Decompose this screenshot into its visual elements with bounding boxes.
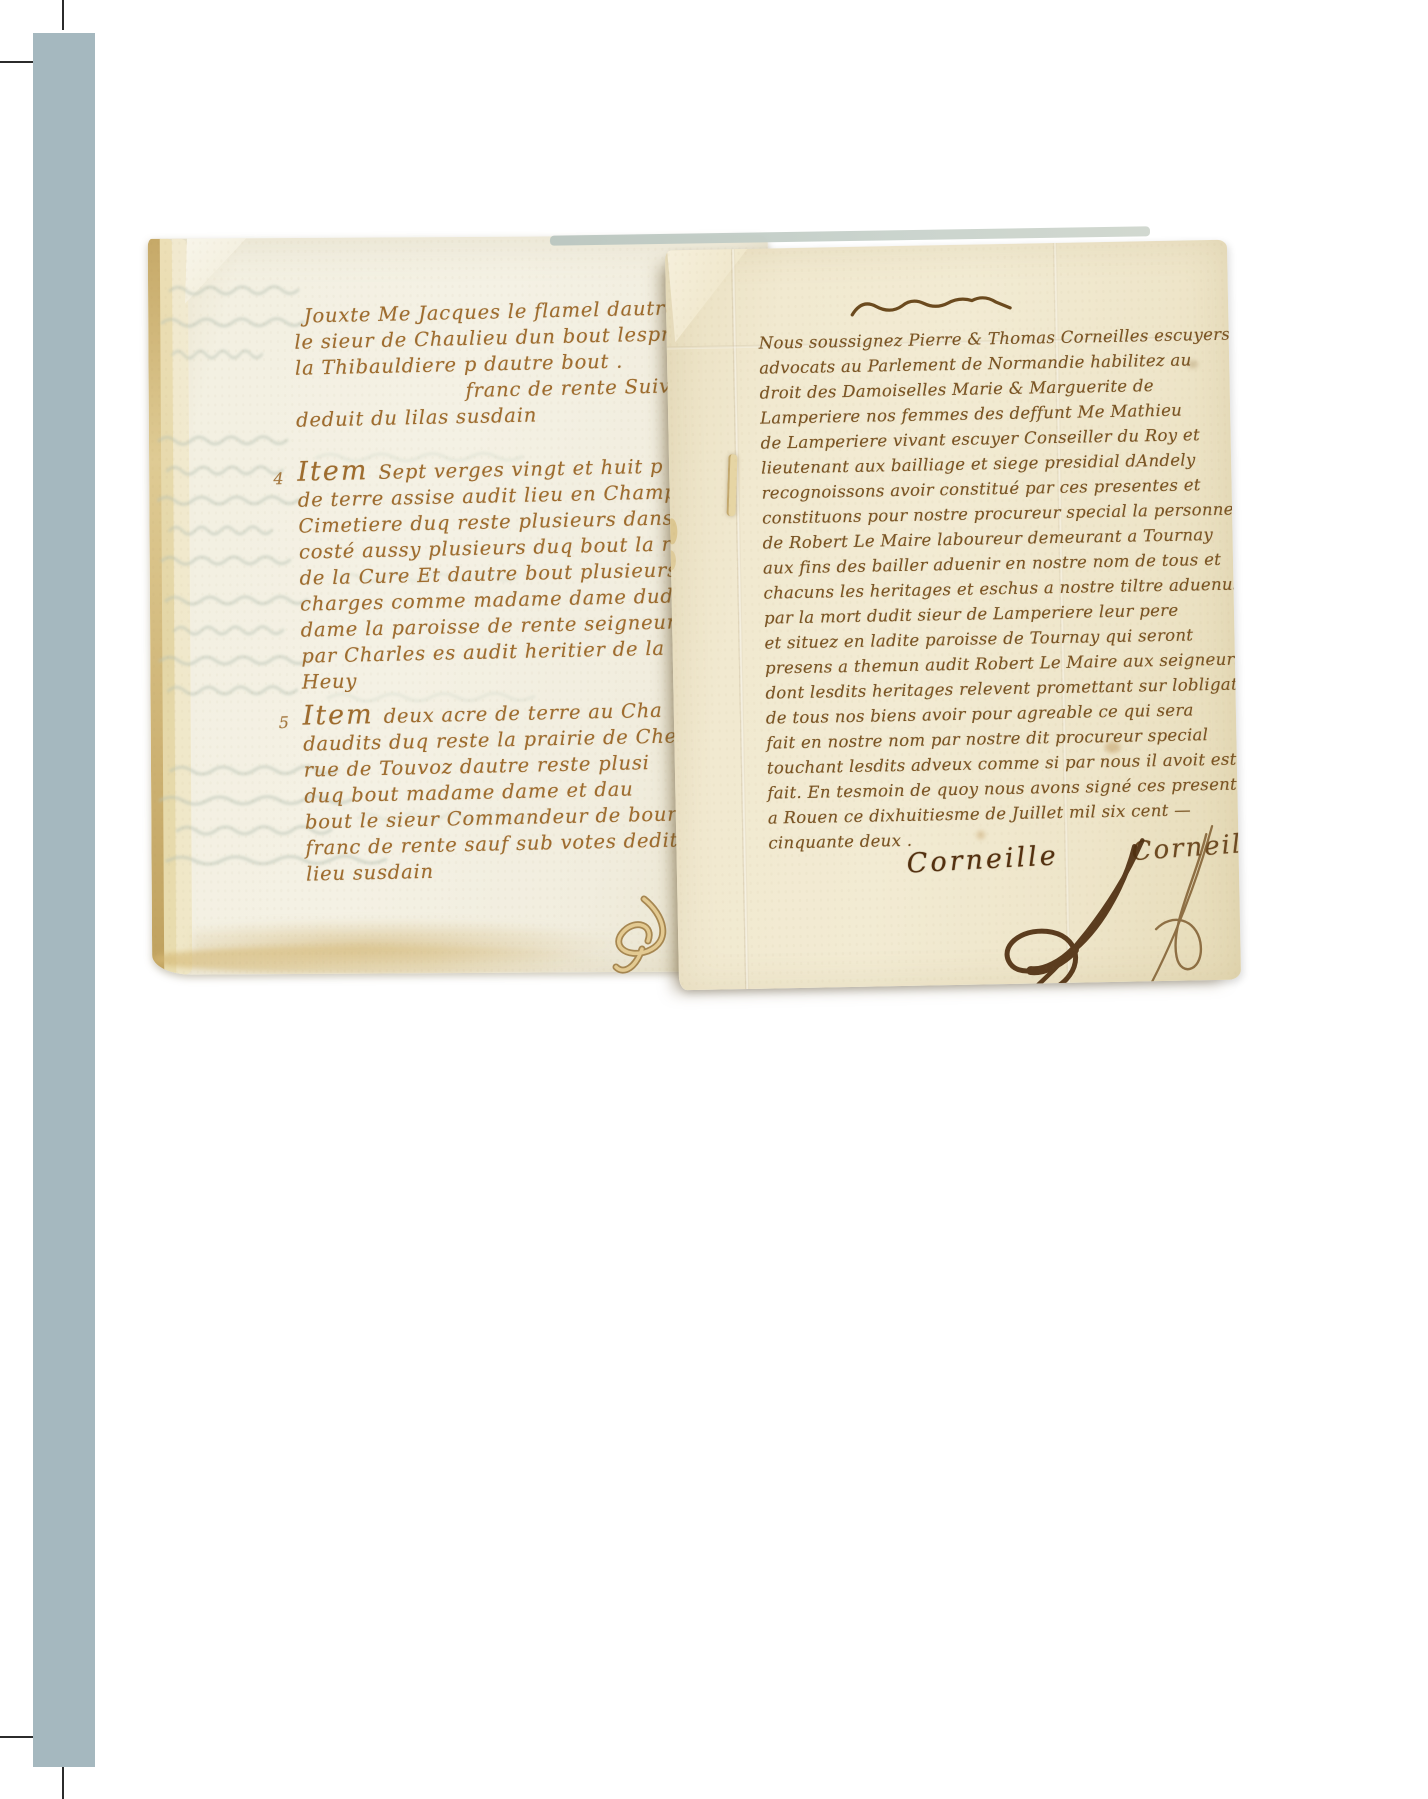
crop-mark-top-vertical [62,0,64,30]
crop-mark-top-horizontal [0,61,34,63]
paragraph-lead: Item [297,455,369,488]
right-page-text: Nous soussignez Pierre & Thomas Corneill… [759,322,1219,856]
spine-color-bar [33,33,95,1767]
binding-tie-string [580,893,700,988]
manuscript-line-text: Sept verges vingt et huit p [378,455,663,484]
opening-flourish-mark [848,292,1019,325]
right-page: Nous soussignez Pierre & Thomas Corneill… [665,240,1241,991]
crop-mark-bottom-vertical [62,1766,64,1799]
crop-mark-bottom-horizontal [0,1736,36,1738]
fold-crease [731,249,749,989]
paragraph-lead [294,299,295,330]
folded-corner [667,247,751,343]
manuscript-line-text: deux acre de terre au Cha [383,699,662,728]
item-number: 5 [278,710,290,736]
paragraph-lead: Item [302,699,374,732]
manuscript-spread: Jouxte Me Jacques le flamel dautre le si… [140,205,1250,1005]
signature-paraph [1106,819,1241,990]
item-number: 4 [273,466,285,492]
